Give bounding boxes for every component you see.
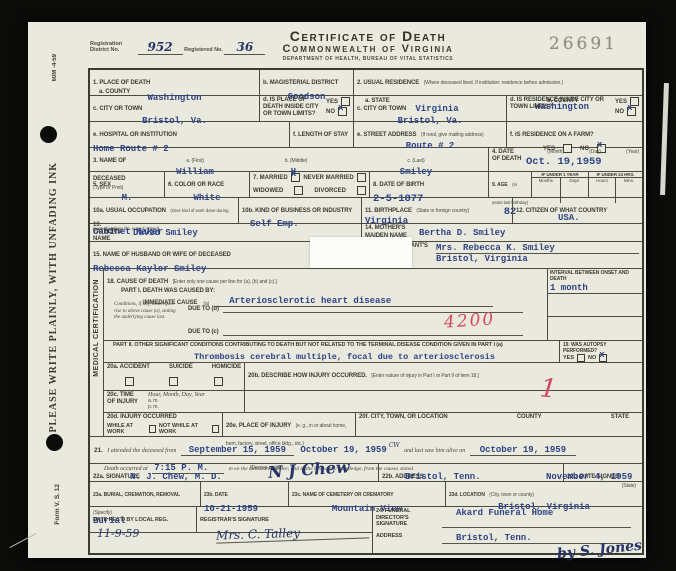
due-to-c-label: DUE TO (c) bbox=[188, 329, 219, 336]
magisterial-district-label: b. MAGISTERIAL DISTRICT bbox=[263, 80, 338, 86]
mother-maiden-name-value: Bertha D. Smiley bbox=[419, 228, 505, 238]
field-place-of-death-county: 1. PLACE OF DEATH a. COUNTY Washington bbox=[90, 70, 260, 95]
field-certifier-address: 22b. ADDRESS Bristol, Tenn. bbox=[379, 464, 564, 481]
cemetery-label: 23c. NAME OF CEMETERY OR CREMATORY bbox=[292, 492, 394, 498]
residence-limits-no-checkbox: x bbox=[627, 107, 636, 116]
cause-of-death-note: [Enter only one cause per line for (a), … bbox=[173, 279, 277, 285]
injury-time-blank bbox=[245, 391, 642, 412]
occupation-label: 10a. USUAL OCCUPATION bbox=[93, 208, 166, 214]
field-injury-location: 20f. CITY, TOWN, OR LOCATION COUNTY STAT… bbox=[356, 413, 642, 436]
birthplace-label: 11. BIRTHPLACE bbox=[365, 208, 412, 214]
checkbox-x-mark: x bbox=[599, 352, 604, 358]
field-accident-suicide-homicide: 20a. ACCIDENT SUICIDE HOMICIDE bbox=[104, 363, 245, 390]
registration-district-label: Registration District No. bbox=[90, 41, 136, 53]
field-attendance-statement: 21. I attended the deceased from Septemb… bbox=[90, 437, 642, 463]
certificate-subtitle: Commonwealth of Virginia bbox=[148, 43, 588, 55]
field-residence-farm: f. IS RESIDENCE ON A FARM? YES NOx bbox=[507, 122, 642, 147]
residence-city-label: c. CITY OR TOWN bbox=[357, 106, 406, 112]
field-how-injury-occurred: 20b. DESCRIBE HOW INJURY OCCURRED. [Ente… bbox=[245, 363, 642, 390]
no-label: NO bbox=[588, 355, 596, 361]
first-name-label: a. (First) bbox=[186, 158, 204, 164]
citizen-value: USA. bbox=[558, 213, 639, 223]
how-injury-label: 20b. DESCRIBE HOW INJURY OCCURRED. bbox=[248, 373, 367, 379]
field-color-or-race: 6. COLOR OR RACE White bbox=[165, 172, 250, 197]
field-interval-onset-death: INTERVAL BETWEEN ONSET AND DEATH 1 month bbox=[548, 269, 642, 340]
checkbox-x-mark: x bbox=[338, 105, 343, 111]
field-marital-status: 7. MARRIED x NEVER MARRIED WIDOWED DIVOR… bbox=[250, 172, 370, 197]
attended-pre-text: I attended the deceased from bbox=[107, 448, 176, 454]
death-certificate-scan: 60M -4-59 PLEASE WRITE PLAINLY, WITH UNF… bbox=[0, 0, 676, 571]
cw-annotation: CW bbox=[389, 442, 400, 449]
spouse-name-label: 15. NAME OF HUSBAND OR WIFE OF DECEASED bbox=[93, 252, 231, 258]
last-seen-text: and last saw him alive on bbox=[404, 448, 465, 454]
scan-edge-sliver bbox=[660, 83, 669, 195]
field-disposition-date: 23b. DATE 10-21-1959 bbox=[201, 482, 289, 506]
field-first-name: a. (First) William bbox=[142, 148, 248, 171]
field-disposition-location: 23d. LOCATION (City, town or county) (St… bbox=[446, 482, 642, 506]
funeral-home-value: Akard Funeral Home bbox=[442, 508, 631, 528]
field-date-signed: 22c. DATE SIGNED November 4, 1959 bbox=[564, 464, 642, 481]
widowed-label: WIDOWED bbox=[253, 188, 283, 194]
disposition-location-label: 23d. LOCATION bbox=[449, 492, 485, 498]
pm-label: p. m. bbox=[148, 404, 205, 410]
field-usual-residence: 2. USUAL RESIDENCE (Where deceased lived… bbox=[354, 70, 642, 95]
certifier-address-value: Bristol, Tenn. bbox=[405, 472, 481, 482]
while-at-work-checkbox bbox=[149, 425, 156, 433]
attended-to-date: October 19, 1959 bbox=[298, 445, 388, 455]
attended-from-date: September 15, 1959 bbox=[181, 445, 294, 456]
date-of-birth-label: 8. DATE OF BIRTH bbox=[373, 182, 424, 188]
field-injury-at-work: 20d. INJURY OCCURRED WHILE AT WORK NOT W… bbox=[104, 413, 223, 436]
field-death-city: c. CITY OR TOWN Bristol, Va. bbox=[90, 96, 260, 121]
certificate-title: Certificate of Death bbox=[148, 28, 588, 44]
disposition-type-label: 23a. BURIAL, CREMATION, REMOVAL bbox=[93, 492, 180, 498]
field-name-of-deceased: 3. NAME OF DECEASED (Type or Print) bbox=[90, 148, 142, 171]
interval-b-cell bbox=[548, 294, 642, 317]
suicide-label: SUICIDE bbox=[169, 364, 193, 371]
checkbox-x-mark: x bbox=[627, 105, 632, 111]
residence-farm-label: f. IS RESIDENCE ON A FARM? bbox=[510, 132, 594, 138]
year-label: (Year) bbox=[626, 149, 639, 163]
certificate-number-stamp: 26691 bbox=[549, 34, 618, 54]
interval-label: INTERVAL BETWEEN ONSET AND DEATH bbox=[548, 269, 642, 283]
father-name-label: 13. FATHER'S NAME bbox=[93, 222, 127, 244]
date-signed-value: November 4, 1959 bbox=[546, 472, 632, 482]
autopsy-no-checkbox: x bbox=[599, 354, 607, 362]
field-sex: 5. SEX M. bbox=[90, 172, 165, 197]
field-magisterial-district: b. MAGISTERIAL DISTRICT Goodson bbox=[260, 70, 354, 95]
homicide-label: HOMICIDE bbox=[212, 364, 241, 371]
never-married-label: NEVER MARRIED bbox=[303, 175, 353, 181]
print-run-code: 60M -4-59 bbox=[52, 54, 58, 81]
field-last-name: c. (Last) Smiley bbox=[344, 148, 489, 171]
field-date-of-death: 4. DATE OF DEATH (Month) (Day) (Year) Oc… bbox=[489, 148, 642, 171]
field-age: 9. AGE (In years last birthday) 82 bbox=[489, 172, 532, 197]
field-part2-conditions: PART II. OTHER SIGNIFICANT CONDITIONS CO… bbox=[104, 341, 560, 362]
yes-label: YES bbox=[615, 99, 627, 105]
form-code: Form V. S. 12 bbox=[54, 484, 61, 525]
how-injury-note: [Enter nature of injury in Part I or Par… bbox=[371, 373, 478, 379]
no-label: NO bbox=[326, 109, 335, 115]
medical-certification-side-label: MEDICAL CERTIFICATION bbox=[93, 279, 100, 377]
field-age-under-24-hrs: IF UNDER 24 HRS. Hours Mins. bbox=[589, 172, 642, 197]
death-limits-no-checkbox: x bbox=[338, 107, 347, 116]
field-place-of-injury: 20e. PLACE OF INJURY (e. g., in or about… bbox=[223, 413, 356, 436]
informant-signature-value: Mrs. Rebecca K. Smiley bbox=[436, 243, 639, 254]
date-received-value: 11-9-59 bbox=[97, 527, 193, 540]
usual-residence-note: (Where deceased lived. If institution: r… bbox=[424, 80, 564, 86]
attendance-number: 21. bbox=[94, 447, 103, 454]
homicide-checkbox bbox=[214, 377, 223, 386]
birthplace-note: (State or foreign country) bbox=[416, 208, 469, 214]
field-date-of-birth: 8. DATE OF BIRTH 2-5-1877 bbox=[370, 172, 489, 197]
disposition-location-note: (City, town or county) bbox=[489, 492, 534, 498]
red-code-annotation: 4200 bbox=[443, 309, 496, 333]
date-of-death-label: 4. DATE OF DEATH bbox=[492, 149, 522, 163]
widowed-checkbox bbox=[294, 186, 303, 195]
field-citizen: 12. CITIZEN OF WHAT COUNTRY USA. bbox=[513, 198, 642, 223]
certificate-card: 60M -4-59 PLEASE WRITE PLAINLY, WITH UNF… bbox=[28, 22, 646, 558]
age-label: 9. AGE bbox=[492, 182, 508, 188]
injury-occurred-label: 20d. INJURY OCCURRED bbox=[107, 414, 219, 421]
divorced-checkbox bbox=[357, 186, 366, 195]
due-to-c-line bbox=[223, 335, 523, 336]
field-occupation: 10a. USUAL OCCUPATION (Give kind of work… bbox=[90, 198, 239, 223]
registrar-signature-label: REGISTRAR'S SIGNATURE bbox=[200, 517, 269, 523]
disposition-state-note: (State) bbox=[622, 483, 636, 489]
part1-label: PART I. DEATH WAS CAUSED BY: bbox=[121, 288, 544, 295]
punch-hole-top bbox=[40, 126, 57, 143]
usual-residence-label: 2. USUAL RESIDENCE bbox=[357, 80, 419, 86]
married-checkbox: x bbox=[291, 173, 300, 182]
field-hospital: e. HOSPITAL OR INSTITUTION Home Route # … bbox=[90, 122, 290, 147]
due-to-b-label: DUE TO (b) bbox=[188, 306, 219, 313]
date-of-death-value: Oct. 19,1959 bbox=[526, 156, 639, 168]
field-street-address: e. STREET ADDRESS (If rural, give mailin… bbox=[354, 122, 507, 147]
field-industry: 10b. KIND OF BUSINESS OR INDUSTRY Self E… bbox=[239, 198, 362, 223]
middle-name-label: b. (Middle) bbox=[285, 158, 308, 164]
last-name-label: c. (Last) bbox=[407, 158, 424, 164]
checkbox-x-mark: x bbox=[291, 171, 296, 177]
field-certifier-signature: 22a. SIGNATURE (Degree or title) N. J. C… bbox=[90, 464, 379, 481]
field-time-of-injury: 20c. TIME OF INJURY Hour, Month, Day, Ye… bbox=[104, 391, 245, 412]
funeral-director-label: 24. FUNERAL DIRECTOR'S SIGNATURE bbox=[376, 508, 436, 528]
field-birthplace: 11. BIRTHPLACE (State or foreign country… bbox=[362, 198, 513, 223]
field-disposition-type: 23a. BURIAL, CREMATION, REMOVAL (Specify… bbox=[90, 482, 201, 506]
injury-city-label: 20f. CITY, TOWN, OR LOCATION bbox=[359, 414, 448, 435]
married-label: 7. MARRIED bbox=[253, 175, 288, 181]
street-address-note: (If rural, give mailing address) bbox=[421, 132, 484, 138]
length-of-stay-label: f. LENGTH OF STAY bbox=[293, 132, 348, 138]
residence-inside-limits-label: d. IS RESIDENCE INSIDE CITY OR TOWN LIMI… bbox=[510, 97, 613, 120]
street-address-label: e. STREET ADDRESS bbox=[357, 132, 416, 138]
certificate-form: 1. PLACE OF DEATH a. COUNTY Washington b… bbox=[88, 68, 644, 555]
father-name-value: David Smiley bbox=[133, 228, 198, 238]
field-cemetery: 23c. NAME OF CEMETERY OR CREMATORY Mount… bbox=[289, 482, 446, 506]
death-inside-limits-label: d. IS PLACE OF DEATH INSIDE CITY OR TOWN… bbox=[263, 97, 324, 120]
yes-label: YES bbox=[326, 99, 338, 105]
field-age-under-1-year: IF UNDER 1 YEAR Months Days bbox=[532, 172, 589, 197]
field-length-of-stay: f. LENGTH OF STAY bbox=[290, 122, 354, 147]
yes-label: YES bbox=[563, 355, 574, 361]
divorced-label: DIVORCED bbox=[314, 188, 346, 194]
injury-county-label: COUNTY bbox=[517, 414, 542, 435]
field-funeral-director: 24. FUNERAL DIRECTOR'S SIGNATURE Akard F… bbox=[373, 507, 642, 554]
interval-value: 1 month bbox=[548, 283, 642, 294]
place-of-death-label: 1. PLACE OF DEATH bbox=[93, 80, 150, 86]
punch-hole-bottom bbox=[46, 434, 63, 451]
industry-label: 10b. KIND OF BUSINESS OR INDUSTRY bbox=[242, 208, 352, 214]
field-autopsy: 19. WAS AUTOPSY PERFORMED? YES NOx bbox=[560, 341, 642, 362]
field-cause-of-death: 18. CAUSE OF DEATH [Enter only one cause… bbox=[104, 269, 548, 340]
margin-note: PLEASE WRITE PLAINLY, WITH UNFADING INK bbox=[48, 162, 59, 433]
field-residence-inside-limits: d. IS RESIDENCE INSIDE CITY OR TOWN LIMI… bbox=[507, 96, 642, 121]
date-received-label: DATE REC'D BY LOCAL REG. bbox=[93, 517, 168, 523]
hospital-label: e. HOSPITAL OR INSTITUTION bbox=[93, 132, 177, 138]
conditions-note: Conditions, if any, which gave rise to a… bbox=[114, 302, 176, 322]
field-middle-name: b. (Middle) H. bbox=[248, 148, 344, 171]
place-of-injury-label: 20e. PLACE OF INJURY bbox=[226, 423, 291, 429]
time-of-injury-label: 20c. TIME OF INJURY bbox=[107, 392, 143, 411]
field-informant: 17. INFORMANT'S SIGNATURE ADDRESS Mrs. R… bbox=[375, 242, 642, 268]
cause-of-death-label: 18. CAUSE OF DEATH bbox=[107, 279, 168, 285]
redaction-box bbox=[310, 237, 412, 268]
field-residence-city: c. CITY OR TOWN Bristol, Va. bbox=[354, 96, 507, 121]
while-at-work-label: WHILE AT WORK bbox=[107, 423, 146, 435]
field-date-received: DATE REC'D BY LOCAL REG. 11-9-59 bbox=[90, 507, 197, 532]
last-alive-date: October 19, 1959 bbox=[470, 445, 576, 456]
field-registrar-signature: REGISTRAR'S SIGNATURE Mrs. C. Talley bbox=[197, 507, 372, 532]
accident-label: 20a. ACCIDENT bbox=[107, 364, 150, 371]
accident-checkbox bbox=[125, 377, 134, 386]
not-while-at-work-checkbox bbox=[212, 425, 219, 433]
informant-address-value: Bristol, Virginia bbox=[436, 254, 639, 264]
not-while-at-work-label: NOT WHILE AT WORK bbox=[159, 423, 209, 435]
injury-state-label: STATE bbox=[611, 414, 629, 435]
part2-value: Thrombosis cerebral multiple, focal due … bbox=[194, 352, 495, 363]
suicide-checkbox bbox=[169, 377, 178, 386]
field-death-inside-limits: d. IS PLACE OF DEATH INSIDE CITY OR TOWN… bbox=[260, 96, 354, 121]
red-tally-mark: 1 bbox=[538, 373, 558, 405]
part2-label: PART II. OTHER SIGNIFICANT CONDITIONS CO… bbox=[113, 342, 556, 349]
death-city-label: c. CITY OR TOWN bbox=[93, 106, 142, 112]
funeral-address-label: ADDRESS bbox=[376, 533, 436, 544]
no-label: NO bbox=[615, 109, 624, 115]
color-or-race-label: 6. COLOR OR RACE bbox=[168, 182, 224, 188]
certifier-signature-typed: N. J. Chew, M. D. bbox=[130, 472, 222, 482]
never-married-checkbox bbox=[357, 173, 366, 182]
department-line: DEPARTMENT OF HEALTH, BUREAU OF VITAL ST… bbox=[148, 56, 588, 62]
autopsy-yes-checkbox bbox=[577, 354, 585, 362]
sex-label: 5. SEX bbox=[93, 182, 111, 188]
disposition-date-label: 23b. DATE bbox=[204, 492, 228, 498]
